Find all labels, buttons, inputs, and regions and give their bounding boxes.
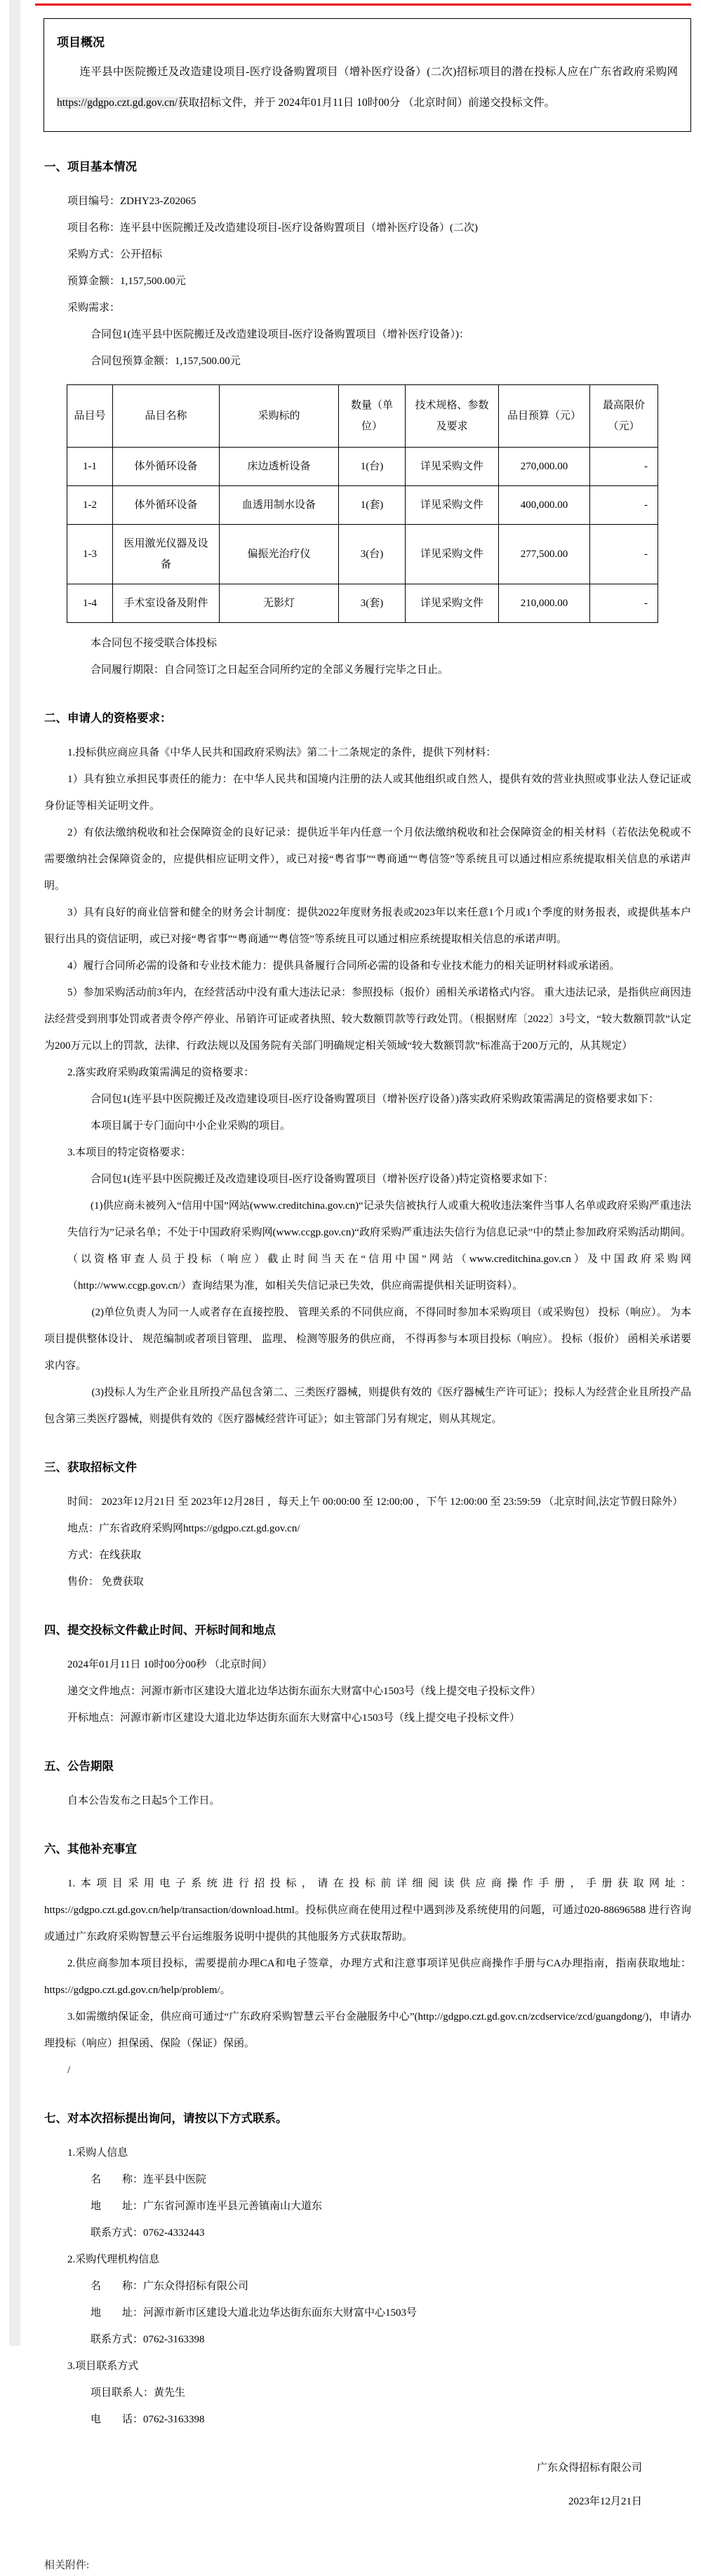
- overview-paragraph: 连平县中医院搬迁及改造建设项目-医疗设备购置项目（增补医疗设备）(二次)招标项目…: [57, 57, 678, 119]
- table-row: 1-1 体外循环设备 床边透析设备 1(台) 详见采购文件 270,000.00…: [67, 448, 658, 486]
- cell-max-price: -: [590, 525, 658, 584]
- cell-budget: 270,000.00: [499, 448, 590, 486]
- cell-item-name: 体外循环设备: [113, 448, 220, 486]
- agency-name-line: 名 称：广东众得招标有限公司: [67, 2273, 691, 2300]
- cell-item-name: 手术室设备及附件: [113, 584, 220, 623]
- supplementary-slash: /: [44, 2057, 691, 2084]
- signature-block: 广东众得招标有限公司 2023年12月21日: [35, 2451, 691, 2518]
- cell-target: 无影灯: [220, 584, 339, 623]
- bid-opening-place-line: 开标地点：河源市新市区建设大道北边华达街东面东大财富中心1503号（线上提交电子…: [44, 1705, 691, 1731]
- purchaser-info-label: 1.采购人信息: [44, 2140, 691, 2166]
- attachments-label: 相关附件:: [44, 2555, 691, 2576]
- cell-quantity: 3(套): [339, 584, 406, 623]
- table-row: 1-4 手术室设备及附件 无影灯 3(套) 详见采购文件 210,000.00 …: [67, 584, 658, 623]
- qualification-clause: 4）履行合同所必需的设备和专业技术能力：提供具备履行合同所必需的设备和专业技术能…: [44, 953, 691, 979]
- page-edge-strip: [9, 0, 20, 2346]
- no-consortium-note: 本合同包不接受联合体投标: [67, 630, 691, 657]
- cell-item-no: 1-1: [67, 448, 113, 486]
- cell-quantity: 3(台): [339, 525, 406, 584]
- qualification-clause: 5）参加采购活动前3年内，在经营活动中没有重大违法记录：参照投标（报价）函相关承…: [44, 979, 691, 1059]
- section-4-heading: 四、提交投标文件截止时间、开标时间和地点: [44, 1616, 691, 1644]
- cell-spec: 详见采购文件: [406, 486, 499, 525]
- announcement-period-line: 自本公告发布之日起5个工作日。: [44, 1787, 691, 1814]
- purchaser-address-line: 地 址：广东省河源市连平县元善镇南山大道东: [67, 2193, 691, 2220]
- header-procurement-target: 采购标的: [220, 385, 339, 448]
- signature-date: 2023年12月21日: [35, 2485, 642, 2518]
- qualification-clause: 1）具有独立承担民事责任的能力：在中华人民共和国境内注册的法人或其他组织或自然人…: [44, 766, 691, 819]
- section-2-heading: 二、申请人的资格要求：: [44, 704, 691, 732]
- qualification-clause: 1.投标供应商应具备《中华人民共和国政府采购法》第二十二条规定的条件，提供下列材…: [44, 739, 691, 766]
- top-divider: [35, 4, 691, 6]
- cell-budget: 400,000.00: [499, 486, 590, 525]
- header-max-price: 最高限价（元）: [590, 385, 658, 448]
- submission-place-line: 递交文件地点：河源市新市区建设大道北边华达街东面东大财富中心1503号（线上提交…: [44, 1678, 691, 1705]
- document-method-line: 方式：在线获取: [44, 1542, 691, 1569]
- cell-spec: 详见采购文件: [406, 448, 499, 486]
- header-item-no: 品目号: [67, 385, 113, 448]
- contract-duration-note: 合同履行期限：自合同签订之日起至合同所约定的全部义务履行完毕之日止。: [67, 657, 691, 683]
- cell-budget: 210,000.00: [499, 584, 590, 623]
- project-contact-person-line: 项目联系人：黄先生: [67, 2380, 691, 2406]
- procurement-method-line: 采购方式：公开招标: [44, 241, 691, 268]
- cell-item-no: 1-3: [67, 525, 113, 584]
- document-place-line: 地点：广东省政府采购网https://gdgpo.czt.gd.gov.cn/: [44, 1515, 691, 1542]
- document-time-line: 时间： 2023年12月21日 至 2023年12月28日 ，每天上午 00:0…: [44, 1489, 691, 1515]
- qualification-clause: 3）具有良好的商业信誉和健全的财务会计制度：提供2022年度财务报表或2023年…: [44, 899, 691, 953]
- document-price-line: 售价： 免费获取: [44, 1569, 691, 1595]
- project-contact-phone-line: 电 话：0762-3163398: [67, 2406, 691, 2433]
- cell-budget: 277,500.00: [499, 525, 590, 584]
- overview-text-prefix: 连平县中医院搬迁及改造建设项目-医疗设备购置项目（增补医疗设备）(二次)招标项目…: [80, 66, 678, 78]
- qualification-clause: (1)供应商未被列入“信用中国”网站(www.creditchina.gov.c…: [67, 1193, 691, 1299]
- cell-target: 床边透析设备: [220, 448, 339, 486]
- qualification-clause: 合同包1(连平县中医院搬迁及改造建设项目-医疗设备购置项目（增补医疗设备）)落实…: [67, 1086, 691, 1113]
- header-item-budget: 品目预算（元）: [499, 385, 590, 448]
- qualification-clause: 2）有依法缴纳税收和社会保障资金的良好记录：提供近半年内任意一个月依法缴纳税收和…: [44, 819, 691, 899]
- section-1-heading: 一、项目基本情况: [44, 153, 691, 181]
- section-5-heading: 五、公告期限: [44, 1752, 691, 1780]
- qualification-clause: (3)投标人为生产企业且所投产品包含第二、三类医疗器械，则提供有效的《医疗器械生…: [44, 1379, 691, 1433]
- tender-announcement-document: 项目概况 连平县中医院搬迁及改造建设项目-医疗设备购置项目（增补医疗设备）(二次…: [35, 0, 691, 2576]
- header-quantity: 数量（单位）: [339, 385, 406, 448]
- contract-package-line: 合同包1(连平县中医院搬迁及改造建设项目-医疗设备购置项目（增补医疗设备）)：: [67, 321, 691, 348]
- signature-company: 广东众得招标有限公司: [35, 2451, 642, 2485]
- project-name-line: 项目名称：连平县中医院搬迁及改造建设项目-医疗设备购置项目（增补医疗设备）(二次…: [44, 215, 691, 241]
- table-header-row: 品目号 品目名称 采购标的 数量（单位） 技术规格、参数及要求 品目预算（元） …: [67, 385, 658, 448]
- agency-contact-line: 联系方式：0762-3163398: [67, 2326, 691, 2353]
- section-3-heading: 三、获取招标文件: [44, 1454, 691, 1482]
- cell-target: 偏振光治疗仪: [220, 525, 339, 584]
- cell-target: 血透用制水设备: [220, 486, 339, 525]
- header-item-name: 品目名称: [113, 385, 220, 448]
- agency-info-label: 2.采购代理机构信息: [44, 2246, 691, 2273]
- cell-max-price: -: [590, 584, 658, 623]
- procurement-items-table: 品目号 品目名称 采购标的 数量（单位） 技术规格、参数及要求 品目预算（元） …: [67, 384, 658, 623]
- supplementary-clause: 1.本项目采用电子系统进行招投标，请在投标前详细阅读供应商操作手册，手册获取网址…: [44, 1870, 691, 1950]
- supplementary-clause: 2.供应商参加本项目投标，需要提前办理CA和电子签章，办理方式和注意事项详见供应…: [44, 1950, 691, 2004]
- agency-address-line: 地 址：河源市新市区建设大道北边华达街东面东大财富中心1503号: [67, 2300, 691, 2326]
- project-overview-box: 项目概况 连平县中医院搬迁及改造建设项目-医疗设备购置项目（增补医疗设备）(二次…: [44, 18, 691, 132]
- cell-item-name: 体外循环设备: [113, 486, 220, 525]
- header-tech-spec: 技术规格、参数及要求: [406, 385, 499, 448]
- table-row: 1-3 医用激光仪器及设备 偏振光治疗仪 3(台) 详见采购文件 277,500…: [67, 525, 658, 584]
- section-6-heading: 六、其他补充事宜: [44, 1835, 691, 1863]
- cell-item-no: 1-4: [67, 584, 113, 623]
- cell-spec: 详见采购文件: [406, 584, 499, 623]
- demand-label: 采购需求：: [44, 295, 691, 321]
- overview-title: 项目概况: [57, 29, 678, 57]
- budget-line: 预算金额：1,157,500.00元: [44, 268, 691, 295]
- deadline-line: 2024年01月11日 10时00分00秒 （北京时间）: [44, 1651, 691, 1678]
- cell-quantity: 1(套): [339, 486, 406, 525]
- sme-procurement-note: 本项目属于专门面向中小企业采购的项目。: [67, 1113, 691, 1139]
- project-number-line: 项目编号：ZDHY23-Z02065: [44, 188, 691, 215]
- qualification-clause: 3.本项目的特定资格要求：: [44, 1139, 691, 1166]
- cell-max-price: -: [590, 448, 658, 486]
- cell-spec: 详见采购文件: [406, 525, 499, 584]
- cell-quantity: 1(台): [339, 448, 406, 486]
- purchaser-contact-line: 联系方式：0762-4332443: [67, 2220, 691, 2246]
- qualification-clause: 合同包1(连平县中医院搬迁及改造建设项目-医疗设备购置项目（增补医疗设备）)特定…: [67, 1166, 691, 1193]
- qualification-clause: 2.落实政府采购政策需满足的资格要求：: [44, 1059, 691, 1086]
- procurement-site-url[interactable]: https://gdgpo.czt.gd.gov.cn/: [57, 97, 178, 109]
- project-contact-label: 3.项目联系方式: [44, 2353, 691, 2380]
- qualification-clause: (2)单位负责人为同一人或者存在直接控股、 管理关系的不同供应商，不得同时参加本…: [44, 1299, 691, 1379]
- purchaser-name-line: 名 称：连平县中医院: [67, 2166, 691, 2193]
- table-row: 1-2 体外循环设备 血透用制水设备 1(套) 详见采购文件 400,000.0…: [67, 486, 658, 525]
- overview-text-suffix: 获取招标文件，并于 2024年01月11日 10时00分 （北京时间）前递交投标…: [178, 97, 555, 109]
- supplementary-clause: 3.如需缴纳保证金，供应商可通过“广东政府采购智慧云平台金融服务中心”(http…: [44, 2004, 691, 2057]
- package-budget-line: 合同包预算金额：1,157,500.00元: [67, 348, 691, 375]
- section-7-heading: 七、对本次招标提出询问，请按以下方式联系。: [44, 2105, 691, 2133]
- cell-max-price: -: [590, 486, 658, 525]
- cell-item-no: 1-2: [67, 486, 113, 525]
- cell-item-name: 医用激光仪器及设备: [113, 525, 220, 584]
